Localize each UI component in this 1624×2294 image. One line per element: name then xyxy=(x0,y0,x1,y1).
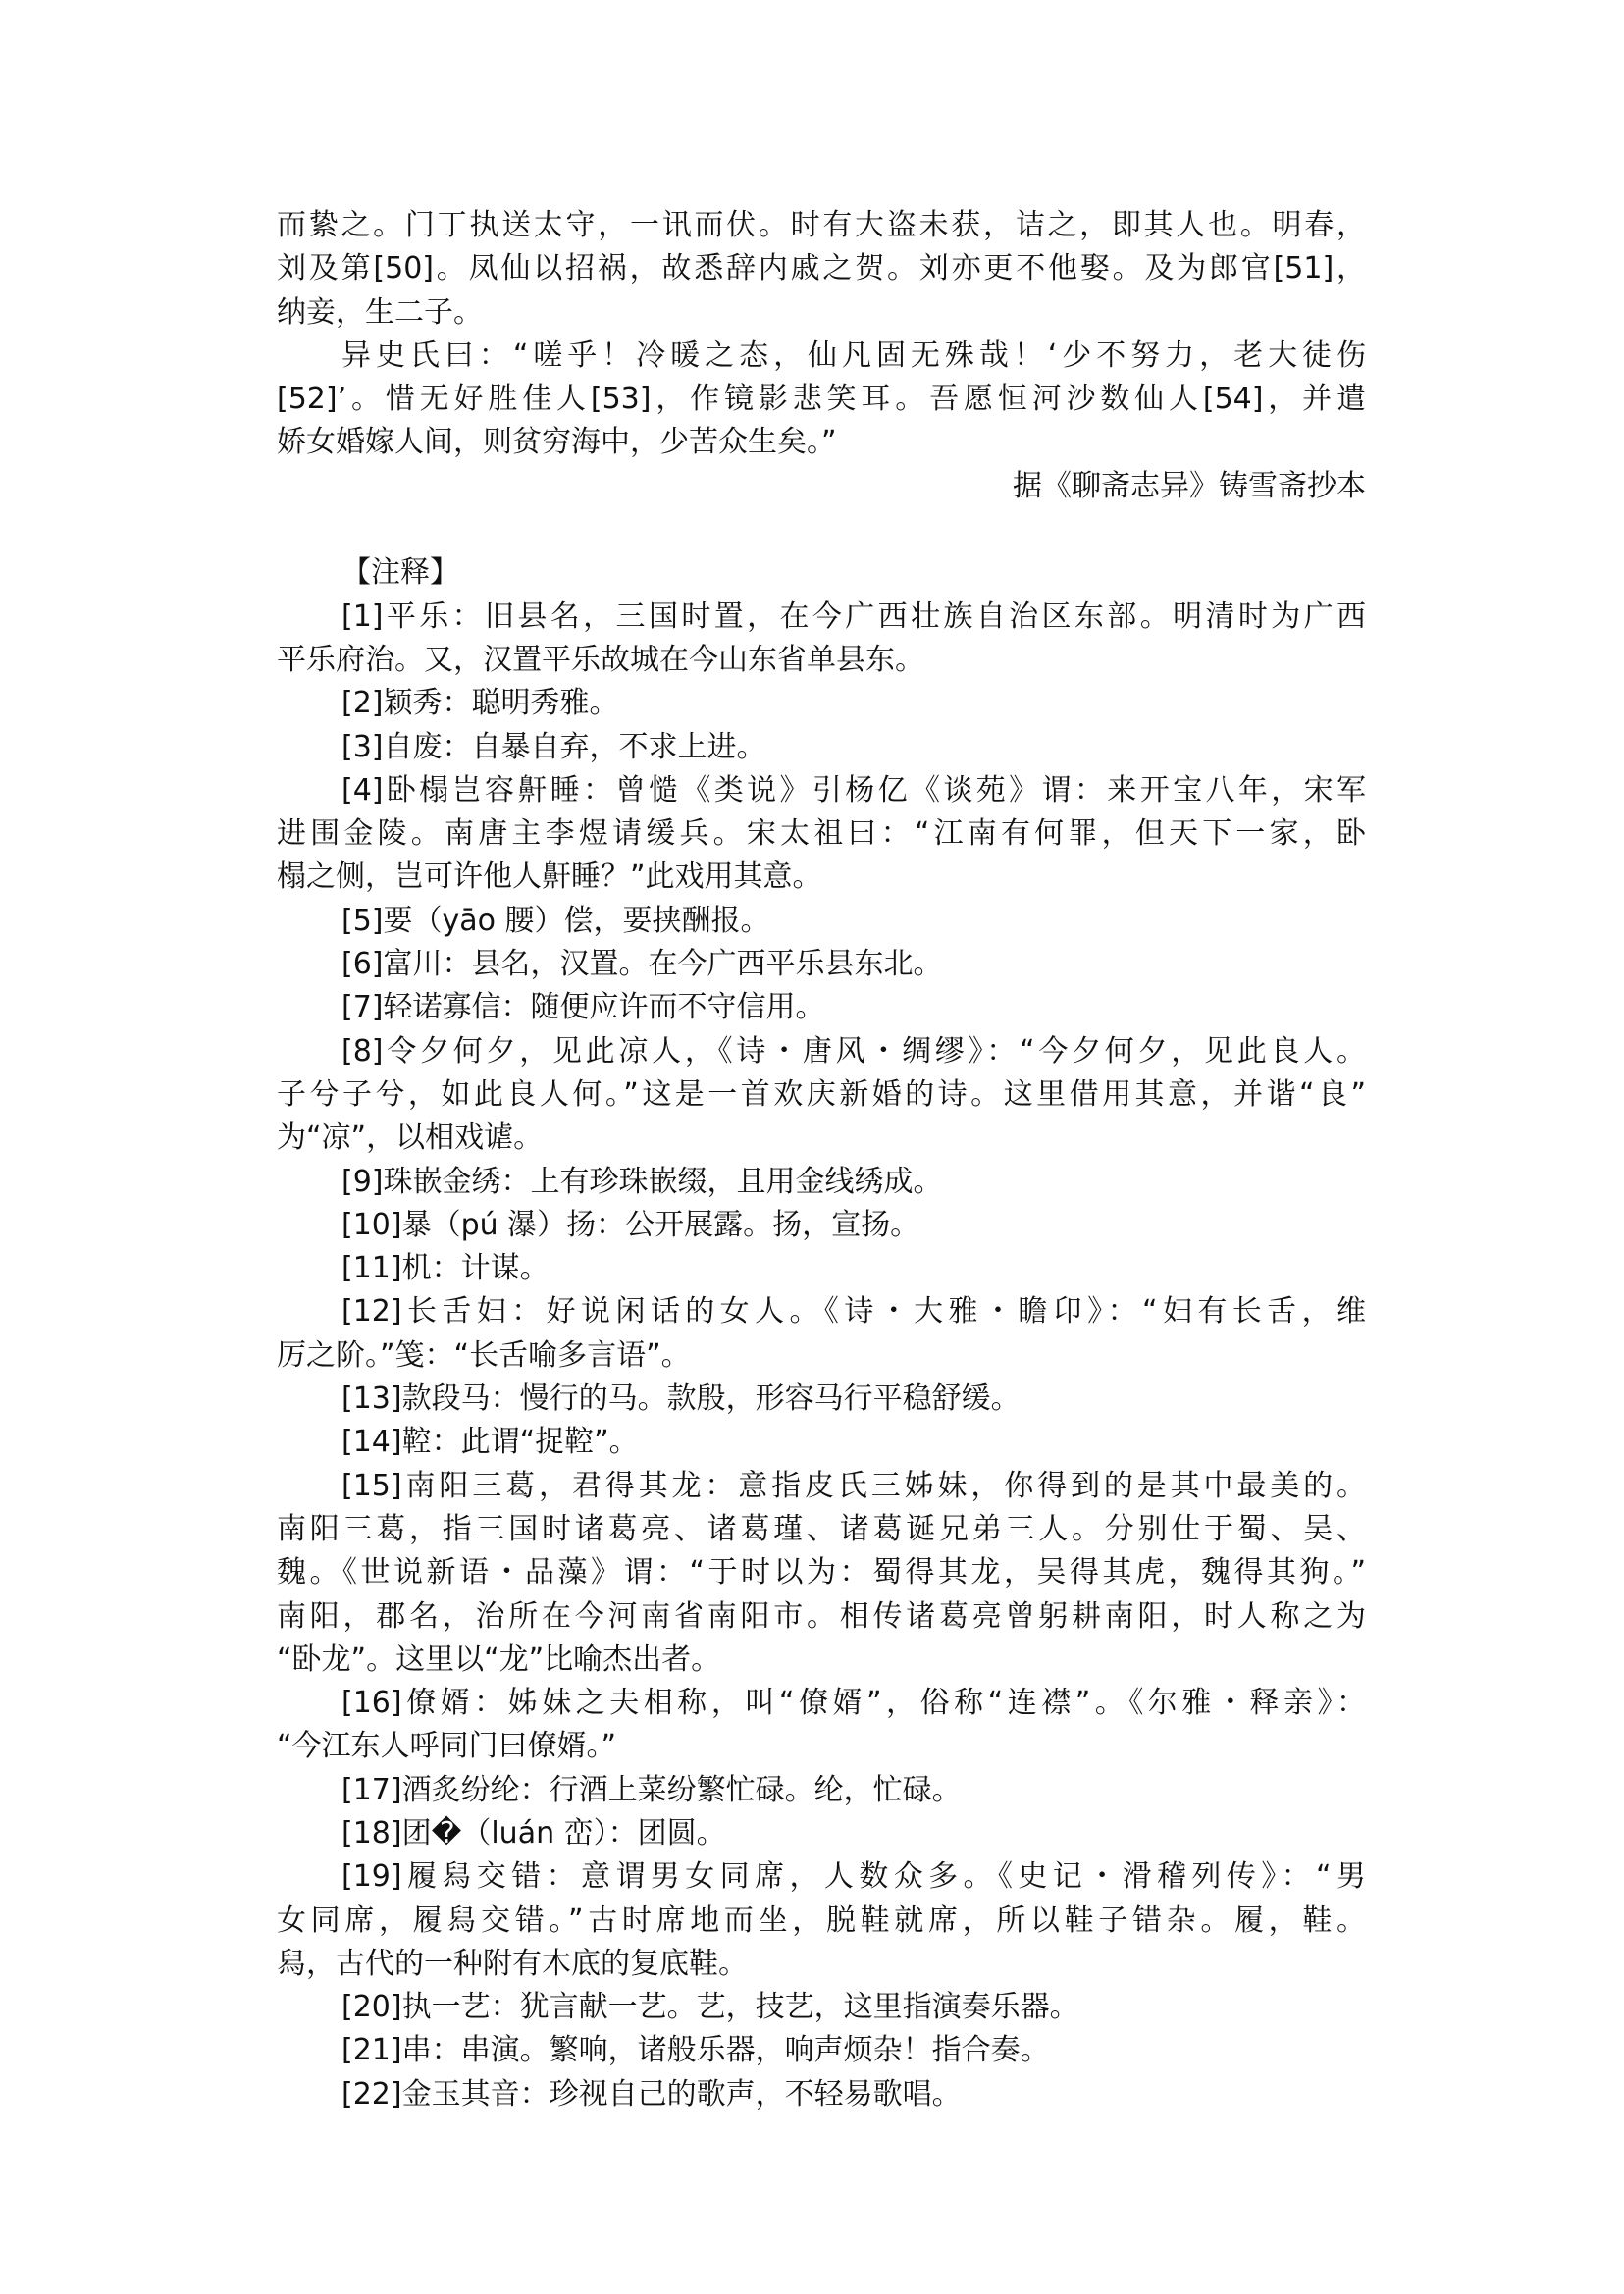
note-item: [6]富川：县名，汉置。在今广西平乐县东北。 xyxy=(277,943,1366,986)
text-line: [10]暴（pú 瀑）扬：公开展露。扬，宣扬。 xyxy=(277,1204,1366,1247)
note-item: [8]令夕何夕，见此凉人，《诗・唐风・绸缪》：“今夕何夕，见此良人。 子兮子兮，… xyxy=(277,1030,1366,1161)
text-line: [20]执一艺：犹言献一艺。艺，技艺，这里指演奏乐器。 xyxy=(277,1986,1366,2029)
text-line: [12]长舌妇：好说闲话的女人。《诗・大雅・瞻卬》：“妇有长舌，维 xyxy=(277,1290,1366,1333)
text-line: [9]珠嵌金绣：上有珍珠嵌缀，且用金线绣成。 xyxy=(277,1161,1366,1204)
note-item: [22]金玉其音：珍视自己的歌声，不轻易歌唱。 xyxy=(277,2073,1366,2116)
commentary-paragraph: 异史氏曰：“嗟乎！冷暖之态，仙凡固无殊哉！‘少不努力，老大徒伤 [52]’。惜无… xyxy=(277,335,1366,465)
notes-heading: 【注释】 xyxy=(277,551,1366,595)
text-line: [17]酒炙纷纶：行酒上菜纷繁忙碌。纶，忙碌。 xyxy=(277,1769,1366,1812)
text-line: [11]机：计谋。 xyxy=(277,1247,1366,1290)
text-line: 子兮子兮，如此良人何。”这是一首欢庆新婚的诗。这里借用其意，并谐“良” xyxy=(277,1073,1366,1117)
text-line: 厉之阶。”笺：“长舌喻多言语”。 xyxy=(277,1334,1366,1378)
text-line: 娇女婚嫁人间，则贫穷海中，少苦众生矣。” xyxy=(277,421,1366,464)
text-line: [14]鞚：此谓“捉鞚”。 xyxy=(277,1421,1366,1464)
text-line: [19]履舄交错：意谓男女同席，人数众多。《史记・滑稽列传》：“男 xyxy=(277,1855,1366,1899)
note-item: [7]轻诺寡信：随便应许而不守信用。 xyxy=(277,986,1366,1029)
text-line: [8]令夕何夕，见此凉人，《诗・唐风・绸缪》：“今夕何夕，见此良人。 xyxy=(277,1030,1366,1073)
blank-line xyxy=(277,508,1366,551)
text-line: [15]南阳三葛，君得其龙：意指皮氏三姊妹，你得到的是其中最美的。 xyxy=(277,1465,1366,1508)
text-line: 魏。《世说新语・品藻》谓：“于时以为：蜀得其龙，吴得其虎，魏得其狗。” xyxy=(277,1551,1366,1594)
text-line: [4]卧榻岂容鼾睡：曾慥《类说》引杨亿《谈苑》谓：来开宝八年，宋军 xyxy=(277,769,1366,812)
text-line: 平乐府治。又，汉置平乐故城在今山东省单县东。 xyxy=(277,639,1366,682)
note-item: [15]南阳三葛，君得其龙：意指皮氏三姊妹，你得到的是其中最美的。 南阳三葛，指… xyxy=(277,1465,1366,1682)
document-page: 而絷之。门丁执送太守，一讯而伏。时有大盗未获，诘之，即其人也。明春， 刘及第[5… xyxy=(277,204,1366,2116)
note-item: [12]长舌妇：好说闲话的女人。《诗・大雅・瞻卬》：“妇有长舌，维 厉之阶。”笺… xyxy=(277,1290,1366,1378)
text-line: 而絷之。门丁执送太守，一讯而伏。时有大盗未获，诘之，即其人也。明春， xyxy=(277,204,1366,247)
text-line: 为“凉”，以相戏谑。 xyxy=(277,1117,1366,1160)
text-line: [13]款段马：慢行的马。款殷，形容马行平稳舒缓。 xyxy=(277,1378,1366,1421)
source-attribution: 据《聊斋志异》铸雪斋抄本 xyxy=(277,465,1366,508)
text-line: 异史氏曰：“嗟乎！冷暖之态，仙凡固无殊哉！‘少不努力，老大徒伤 xyxy=(277,335,1366,378)
note-item: [4]卧榻岂容鼾睡：曾慥《类说》引杨亿《谈苑》谓：来开宝八年，宋军 进围金陵。南… xyxy=(277,769,1366,900)
note-item: [5]要（yāo 腰）偿，要挟酬报。 xyxy=(277,900,1366,943)
text-line: [21]串：串演。繁响，诸般乐器，响声烦杂！指合奏。 xyxy=(277,2029,1366,2072)
text-line: 女同席，履舄交错。”古时席地而坐，脱鞋就席，所以鞋子错杂。履，鞋。 xyxy=(277,1900,1366,1943)
note-item: [2]颖秀：聪明秀雅。 xyxy=(277,682,1366,725)
text-line: 刘及第[50]。凤仙以招祸，故悉辞内戚之贺。刘亦更不他娶。及为郎官[51]， xyxy=(277,247,1366,290)
text-line: [6]富川：县名，汉置。在今广西平乐县东北。 xyxy=(277,943,1366,986)
text-line: 榻之侧，岂可许他人鼾睡？”此戏用其意。 xyxy=(277,856,1366,899)
note-item: [17]酒炙纷纶：行酒上菜纷繁忙碌。纶，忙碌。 xyxy=(277,1769,1366,1812)
notes-list: [1]平乐：旧县名，三国时置，在今广西壮族自治区东部。明清时为广西 平乐府治。又… xyxy=(277,596,1366,2116)
text-line: “卧龙”。这里以“龙”比喻杰出者。 xyxy=(277,1639,1366,1682)
text-line: [52]’。惜无好胜佳人[53]，作镜影悲笑耳。吾愿恒河沙数仙人[54]，并遣 xyxy=(277,378,1366,421)
note-item: [3]自废：自暴自弃，不求上进。 xyxy=(277,726,1366,769)
note-item: [18]团�（luán 峦）：团圆。 xyxy=(277,1812,1366,1855)
note-item: [16]僚婿：姊妹之夫相称，叫“僚婿”，俗称“连襟”。《尔雅・释亲》： “今江东… xyxy=(277,1682,1366,1769)
text-line: “今江东人呼同门曰僚婿。” xyxy=(277,1725,1366,1768)
note-item: [19]履舄交错：意谓男女同席，人数众多。《史记・滑稽列传》：“男 女同席，履舄… xyxy=(277,1855,1366,1986)
note-item: [9]珠嵌金绣：上有珍珠嵌缀，且用金线绣成。 xyxy=(277,1161,1366,1204)
text-line: [7]轻诺寡信：随便应许而不守信用。 xyxy=(277,986,1366,1029)
text-line: [3]自废：自暴自弃，不求上进。 xyxy=(277,726,1366,769)
text-line: [5]要（yāo 腰）偿，要挟酬报。 xyxy=(277,900,1366,943)
text-line: [16]僚婿：姊妹之夫相称，叫“僚婿”，俗称“连襟”。《尔雅・释亲》： xyxy=(277,1682,1366,1725)
text-line: 舄，古代的一种附有木底的复底鞋。 xyxy=(277,1943,1366,1986)
note-item: [20]执一艺：犹言献一艺。艺，技艺，这里指演奏乐器。 xyxy=(277,1986,1366,2029)
text-line: [18]团�（luán 峦）：团圆。 xyxy=(277,1812,1366,1855)
text-line: [2]颖秀：聪明秀雅。 xyxy=(277,682,1366,725)
text-line: 南阳三葛，指三国时诸葛亮、诸葛瑾、诸葛诞兄弟三人。分别仕于蜀、吴、 xyxy=(277,1508,1366,1551)
note-item: [10]暴（pú 瀑）扬：公开展露。扬，宣扬。 xyxy=(277,1204,1366,1247)
story-paragraph: 而絷之。门丁执送太守，一讯而伏。时有大盗未获，诘之，即其人也。明春， 刘及第[5… xyxy=(277,204,1366,335)
text-line: 进围金陵。南唐主李煜请缓兵。宋太祖曰：“江南有何罪，但天下一家，卧 xyxy=(277,812,1366,856)
note-item: [13]款段马：慢行的马。款殷，形容马行平稳舒缓。 xyxy=(277,1378,1366,1421)
text-line: [22]金玉其音：珍视自己的歌声，不轻易歌唱。 xyxy=(277,2073,1366,2116)
text-line: [1]平乐：旧县名，三国时置，在今广西壮族自治区东部。明清时为广西 xyxy=(277,596,1366,639)
note-item: [21]串：串演。繁响，诸般乐器，响声烦杂！指合奏。 xyxy=(277,2029,1366,2072)
note-item: [11]机：计谋。 xyxy=(277,1247,1366,1290)
note-item: [14]鞚：此谓“捉鞚”。 xyxy=(277,1421,1366,1464)
text-line: 纳妾，生二子。 xyxy=(277,291,1366,335)
note-item: [1]平乐：旧县名，三国时置，在今广西壮族自治区东部。明清时为广西 平乐府治。又… xyxy=(277,596,1366,683)
text-line: 南阳，郡名，治所在今河南省南阳市。相传诸葛亮曾躬耕南阳，时人称之为 xyxy=(277,1595,1366,1639)
